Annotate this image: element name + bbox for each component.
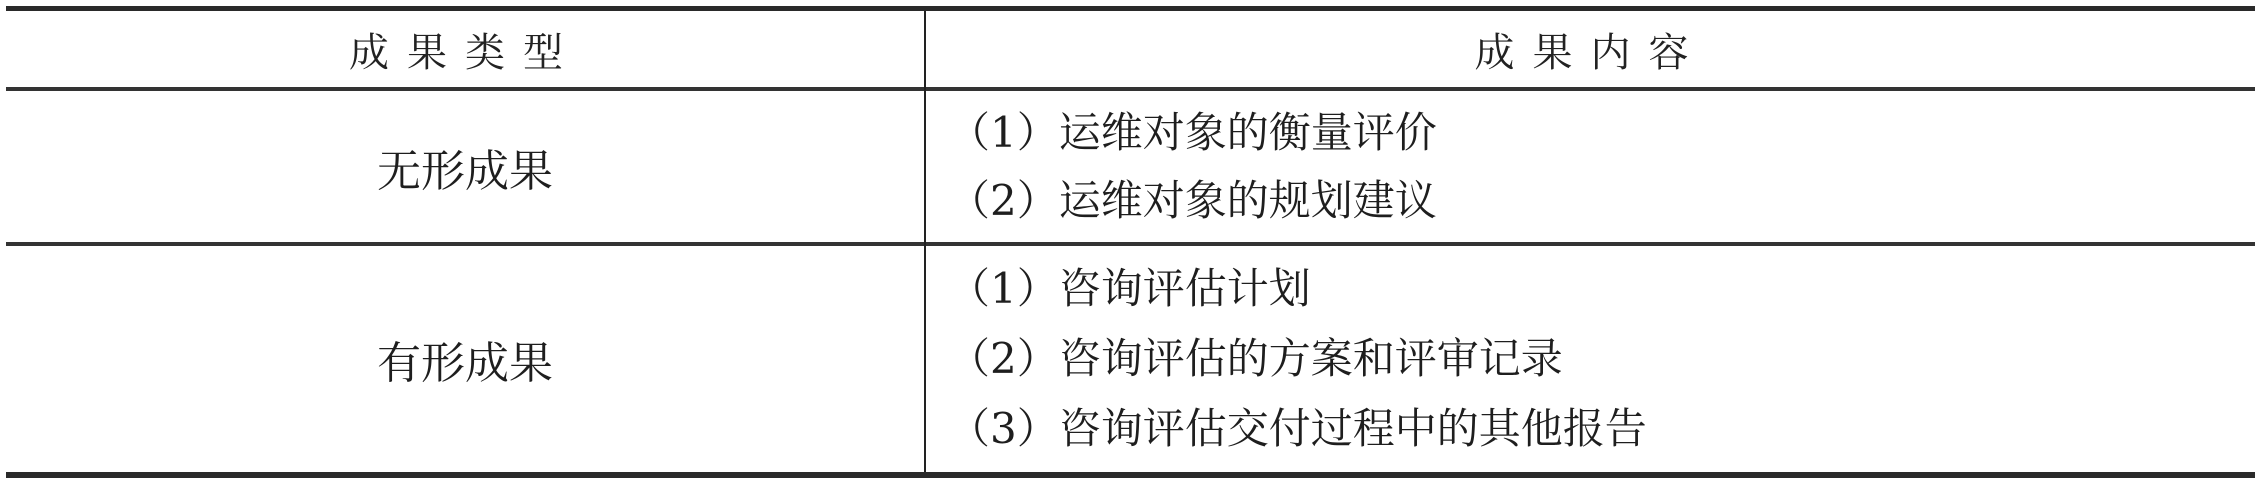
type-cell: 无形成果 — [6, 91, 924, 242]
table-header-row: 成果类型 成果内容 — [6, 11, 2255, 87]
content-cell: （1）咨询评估计划 （2）咨询评估的方案和评审记录 （3）咨询评估交付过程中的其… — [926, 246, 2255, 472]
content-item: （1）咨询评估计划 — [926, 254, 2255, 324]
content-item: （2）运维对象的规划建议 — [926, 167, 2255, 235]
header-cell-type: 成果类型 — [6, 11, 924, 87]
table-bottom-rule — [6, 472, 2255, 478]
type-label: 有形成果 — [377, 327, 553, 391]
type-label: 无形成果 — [377, 135, 553, 199]
content-item: （2）咨询评估的方案和评审记录 — [926, 324, 2255, 394]
table-row: 有形成果 （1）咨询评估计划 （2）咨询评估的方案和评审记录 （3）咨询评估交付… — [6, 246, 2255, 472]
table-row: 无形成果 （1）运维对象的衡量评价 （2）运维对象的规划建议 — [6, 91, 2255, 242]
content-cell: （1）运维对象的衡量评价 （2）运维对象的规划建议 — [926, 91, 2255, 242]
header-type-label: 成果类型 — [349, 21, 581, 78]
content-item: （3）咨询评估交付过程中的其他报告 — [926, 394, 2255, 464]
content-item: （1）运维对象的衡量评价 — [926, 99, 2255, 167]
header-cell-content: 成果内容 — [926, 11, 2255, 87]
header-content-label: 成果内容 — [1475, 21, 1707, 78]
column-divider — [924, 11, 926, 472]
type-cell: 有形成果 — [6, 246, 924, 472]
